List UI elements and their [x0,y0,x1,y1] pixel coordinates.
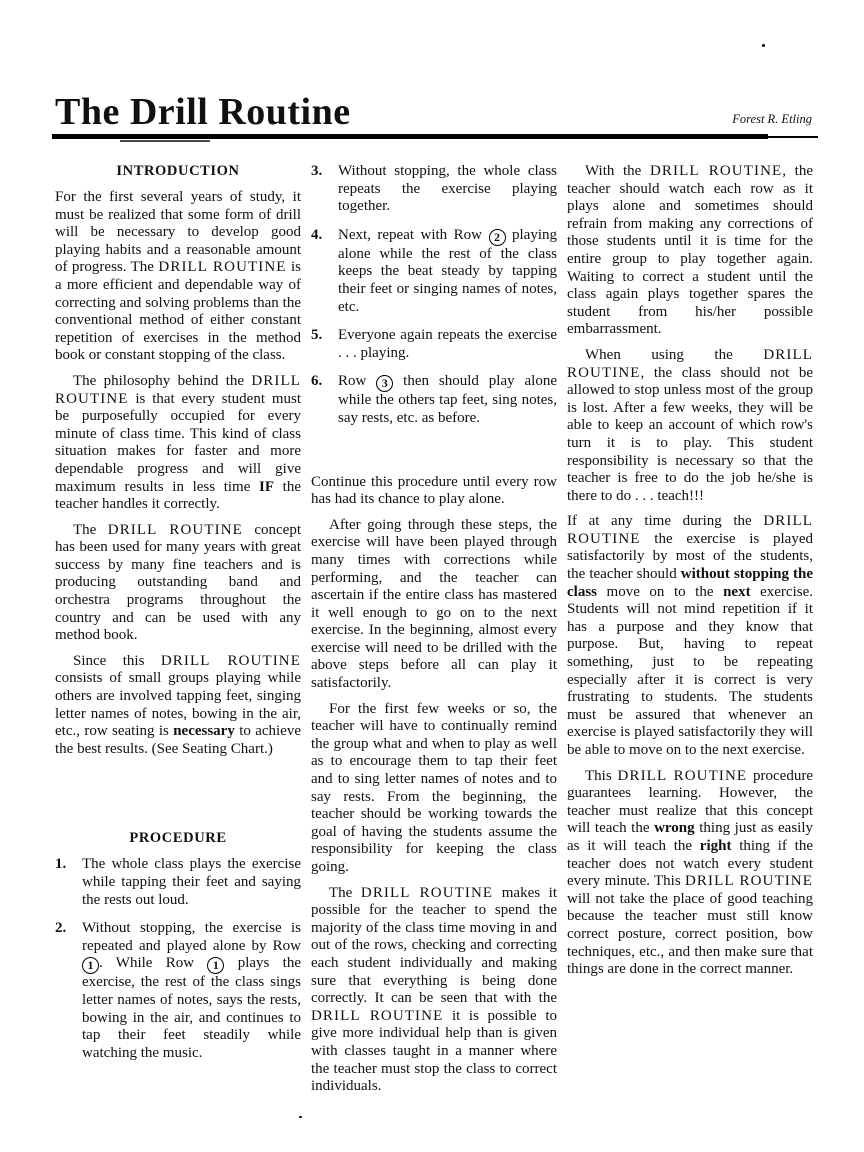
paragraph: Since this DRILL ROUTINE consists of sma… [55,653,301,759]
text-run: Row [338,373,376,389]
circled-row-number: 2 [489,229,506,246]
text-run: DRILL ROUTINE [618,768,748,784]
text-run: This [585,768,618,784]
text-run: Next, repeat with Row [338,227,489,243]
text-run: DRILL ROUTINE [158,259,286,275]
paragraph: For the first few weeks or so, the teach… [311,701,557,877]
masthead-rule [52,134,768,139]
circled-row-number: 1 [207,957,224,974]
text-run: will not take the place of good teaching… [567,891,813,977]
text-run: IF [259,479,274,495]
text-run: The [73,522,108,538]
text-run: Since this [73,653,161,669]
column-2: 3.Without stopping, the whole class repe… [311,163,557,1104]
text-run: If at any time during the [567,513,763,529]
scanned-article-page: The Drill Routine Forest R. Etling INTRO… [0,0,864,1152]
circled-row-number: 1 [82,957,99,974]
list-number: 4. [311,227,338,316]
section-heading: INTRODUCTION [55,163,301,180]
text-run: Without stopping, the whole class repeat… [338,163,557,214]
masthead-rule-fragment [120,140,210,142]
list-item: 4.Next, repeat with Row 2 playing alone … [311,227,557,316]
text-run: , the class should not be allowed to sto… [567,365,813,504]
text-run: necessary [173,723,235,739]
paragraph: The DRILL ROUTINE makes it possible for … [311,885,557,1096]
text-run: DRILL ROUTINE [161,653,301,669]
author-byline: Forest R. Etling [672,112,812,127]
text-run: DRILL ROUTINE [311,1008,443,1024]
list-item: 2.Without stopping, the exercise is repe… [55,920,301,1062]
text-run: Without stopping, the exercise is repeat… [82,920,301,954]
list-item-text: Row 3 then should play alone while the o… [338,373,557,427]
text-run: DRILL ROUTINE [650,163,782,179]
list-item: 6.Row 3 then should play alone while the… [311,373,557,427]
text-run: The philosophy behind the [73,373,251,389]
text-run: For the first few weeks or so, the teach… [311,701,557,875]
scan-speck [299,1116,302,1118]
list-item-text: Everyone again repeats the exercise . . … [338,327,557,362]
list-item-text: The whole class plays the exercise while… [82,856,301,909]
text-run: move on to the [597,584,723,600]
list-number: 3. [311,163,338,216]
text-run: Continue this procedure until every row … [311,474,557,508]
list-item: 3.Without stopping, the whole class repe… [311,163,557,216]
list-item-text: Without stopping, the whole class repeat… [338,163,557,216]
paragraph: If at any time during the DRILL ROUTINE … [567,513,813,759]
text-run: DRILL ROUTINE [108,522,243,538]
text-run: With the [585,163,650,179]
scan-speck [762,44,765,47]
list-item-text: Next, repeat with Row 2 playing alone wh… [338,227,557,316]
article-columns: INTRODUCTIONFor the first several years … [55,163,813,1104]
text-run: DRILL ROUTINE [685,873,813,889]
section-heading: PROCEDURE [55,830,301,847]
text-run: The [329,885,361,901]
paragraph: The philosophy behind the DRILL ROUTINE … [55,373,301,514]
text-run: After going through these steps, the exe… [311,517,557,691]
paragraph: With the DRILL ROUTINE, the teacher shou… [567,163,813,339]
paragraph: After going through these steps, the exe… [311,517,557,693]
list-number: 6. [311,373,338,427]
paragraph: The DRILL ROUTINE concept has been used … [55,522,301,645]
text-run: concept has been used for many years wit… [55,522,301,644]
column-3: With the DRILL ROUTINE, the teacher shou… [567,163,813,1104]
paragraph: Continue this procedure until every row … [311,474,557,509]
text-run: Everyone again repeats the exercise . . … [338,327,557,361]
list-number: 1. [55,856,82,909]
paragraph: When using the DRILL ROUTINE, the class … [567,347,813,505]
page-title: The Drill Routine [55,92,351,134]
list-number: 2. [55,920,82,1062]
text-run: The whole class plays the exercise while… [82,856,301,907]
text-run: DRILL ROUTINE [361,885,493,901]
text-run: right [700,838,732,854]
text-run: When using the [585,347,763,363]
text-run: exercise. Students will not mind repetit… [567,584,813,758]
list-item-text: Without stopping, the exercise is repeat… [82,920,301,1062]
circled-row-number: 3 [376,375,393,392]
text-run: next [723,584,751,600]
text-run: wrong [654,820,695,836]
text-run: makes it possible for the teacher to spe… [311,885,557,1007]
text-run: . While Row [99,955,207,971]
list-number: 5. [311,327,338,362]
list-item: 1.The whole class plays the exercise whi… [55,856,301,909]
masthead-rule-end [768,136,818,138]
column-1: INTRODUCTIONFor the first several years … [55,163,301,1104]
list-item: 5.Everyone again repeats the exercise . … [311,327,557,362]
text-run: , the teacher should watch each row as i… [567,163,813,337]
paragraph: This DRILL ROUTINE procedure guarantees … [567,768,813,979]
paragraph: For the first several years of study, it… [55,189,301,365]
